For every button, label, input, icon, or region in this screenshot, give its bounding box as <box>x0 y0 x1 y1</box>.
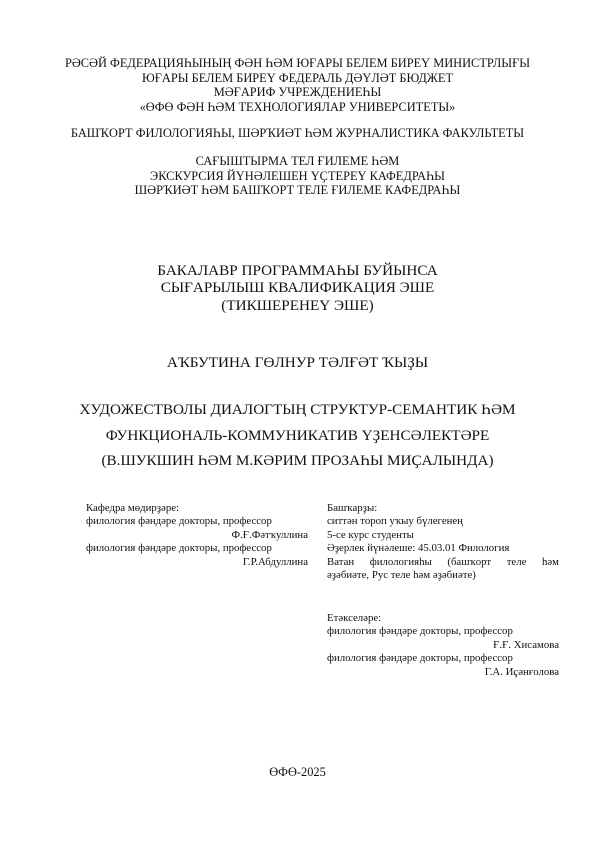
supervisors-label: Етәкселәре: <box>327 612 559 625</box>
work-type-line: БАКАЛАВР ПРОГРАММАҺЫ БУЙЫНСА <box>0 262 595 279</box>
department-line: ЭКСКУРСИЯ ЙҮНӘЛЕШЕН ҮҪТЕРЕҮ КАФЕДРАҺЫ <box>0 169 595 184</box>
student-profile-line: әҙәбиәте, Рус теле һәм әҙәбиәте) <box>327 569 559 582</box>
work-type-line: (ТИКШЕРЕНЕҮ ЭШЕ) <box>0 297 595 314</box>
student-info: Башҡарҙы: ситтән тороп уҡыу бүлегенең 5-… <box>327 502 559 582</box>
head-position: филология фәндәре докторы, профессор <box>86 515 308 528</box>
departments: САҒЫШТЫРМА ТЕЛ ҒИЛЕМЕ ҺӘМ ЭКСКУРСИЯ ЙҮНӘ… <box>0 154 595 198</box>
department-heads: Кафедра мөдирҙәре: филология фәндәре док… <box>86 502 308 569</box>
ministry-header: РӘСӘЙ ФЕДЕРАЦИЯҺЫНЫҢ ФӘН ҺӘМ ЮҒАРЫ БЕЛЕМ… <box>0 56 595 114</box>
head-name: Г.Р.Абдуллина <box>86 556 308 569</box>
work-type-line: СЫҒАРЫЛЫШ КВАЛИФИКАЦИЯ ЭШЕ <box>0 279 595 296</box>
header-line: РӘСӘЙ ФЕДЕРАЦИЯҺЫНЫҢ ФӘН ҺӘМ ЮҒАРЫ БЕЛЕМ… <box>0 56 595 71</box>
header-line: МӘҒАРИФ УЧРЕЖДЕНИЕҺЫ <box>0 85 595 100</box>
author-name: АҠБУТИНА ГӨЛНУР ТӘЛҒӘТ ҠЫҘЫ <box>0 354 595 372</box>
student-profile-line: Ватан филологияһы (башҡорт теле һәм <box>327 556 559 569</box>
student-course: 5-се курс студенты <box>327 529 559 542</box>
supervisor-position: филология фәндәре докторы, профессор <box>327 652 559 665</box>
head-position: филология фәндәре докторы, профессор <box>86 542 308 555</box>
head-name: Ф.Ғ.Фәтҡуллина <box>86 529 308 542</box>
heads-label: Кафедра мөдирҙәре: <box>86 502 308 515</box>
header-line: ЮҒАРЫ БЕЛЕМ БИРЕҮ ФЕДЕРАЛЬ ДӘҮЛӘТ БЮДЖЕТ <box>0 71 595 86</box>
title-line: ФУНКЦИОНАЛЬ-КОММУНИКАТИВ ҮҘЕНСӘЛЕКТӘРЕ <box>0 423 595 449</box>
department-line: САҒЫШТЫРМА ТЕЛ ҒИЛЕМЕ ҺӘМ <box>0 154 595 169</box>
title-line: (В.ШУКШИН ҺӘМ М.КӘРИМ ПРОЗАҺЫ МИҪАЛЫНДА) <box>0 448 595 474</box>
supervisor-position: филология фәндәре докторы, профессор <box>327 625 559 638</box>
thesis-title: ХУДОЖЕСТВОЛЫ ДИАЛОГТЫҢ СТРУКТУР-СЕМАНТИК… <box>0 397 595 474</box>
department-line: ШӘРҠИӘТ ҺӘМ БАШҠОРТ ТЕЛЕ ҒИЛЕМЕ КАФЕДРАҺ… <box>0 183 595 198</box>
header-line: «ӨФӨ ФӘН ҺӘМ ТЕХНОЛОГИЯЛАР УНИВЕРСИТЕТЫ» <box>0 100 595 115</box>
supervisor-name: Г.А. Иҫәнғолова <box>327 666 559 679</box>
supervisor-name: Ғ.Ғ. Хисамова <box>327 639 559 652</box>
student-direction: Әҙерлек йүнәлеше: 45.03.01 Филология <box>327 542 559 555</box>
student-study-form: ситтән тороп уҡыу бүлегенең <box>327 515 559 528</box>
title-line: ХУДОЖЕСТВОЛЫ ДИАЛОГТЫҢ СТРУКТУР-СЕМАНТИК… <box>0 397 595 423</box>
student-label: Башҡарҙы: <box>327 502 559 515</box>
city-year: ӨФӨ-2025 <box>0 765 595 779</box>
work-type: БАКАЛАВР ПРОГРАММАҺЫ БУЙЫНСА СЫҒАРЫЛЫШ К… <box>0 262 595 314</box>
faculty-name: БАШҠОРТ ФИЛОЛОГИЯҺЫ, ШӘРҠИӘТ ҺӘМ ЖУРНАЛИ… <box>0 126 595 141</box>
supervisors: Етәкселәре: филология фәндәре докторы, п… <box>327 612 559 679</box>
